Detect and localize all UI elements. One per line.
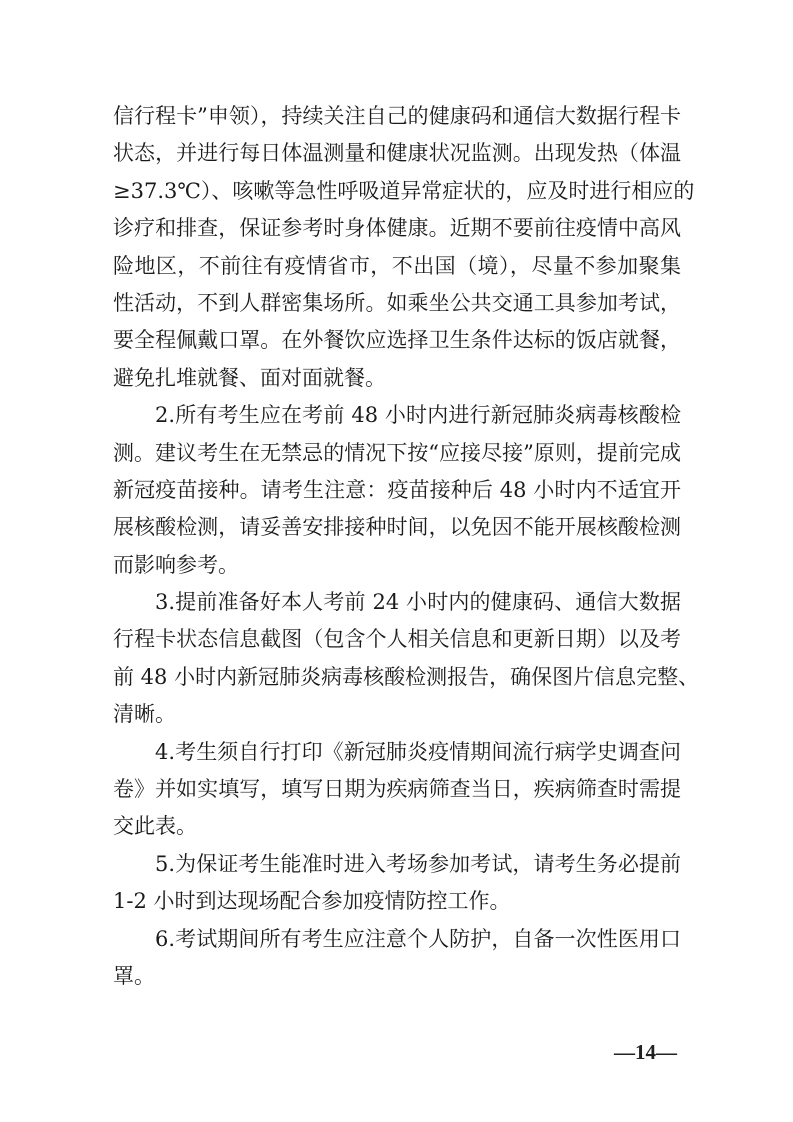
paragraph-item-5: 5.为保证考生能准时进入考场参加考试，请考生务必提前 1-2 小时到达现场配合参… [113,846,681,921]
text-line: 测。建议考生在无禁忌的情况下按“应接尽接”原则，提前完成 [113,435,681,472]
text-line: 卷》并如实填写，填写日期为疾病筛查当日，疾病筛查时需提 [113,771,681,808]
text-line: 避免扎堆就餐、面对面就餐。 [113,360,681,397]
text-line: 5.为保证考生能准时进入考场参加考试，请考生务必提前 [113,846,681,883]
paragraph-item-2: 2.所有考生应在考前 48 小时内进行新冠肺炎病毒核酸检 测。建议考生在无禁忌的… [113,397,681,584]
paragraph-item-6: 6.考试期间所有考生应注意个人防护，自备一次性医用口 罩。 [113,921,681,996]
document-page: 信行程卡”申领），持续关注自己的健康码和通信大数据行程卡 状态，并进行每日体温测… [113,98,681,995]
text-line: 1-2 小时到达现场配合参加疫情防控工作。 [113,883,681,920]
text-line: 性活动，不到人群密集场所。如乘坐公共交通工具参加考试， [113,285,681,322]
text-line: 6.考试期间所有考生应注意个人防护，自备一次性医用口 [113,921,681,958]
text-line: 新冠疫苗接种。请考生注意：疫苗接种后 48 小时内不适宜开 [113,472,681,509]
text-line: 行程卡状态信息截图（包含个人相关信息和更新日期）以及考 [113,621,681,658]
text-line: 要全程佩戴口罩。在外餐饮应选择卫生条件达标的饭店就餐， [113,322,681,359]
text-line: 诊疗和排查，保证参考时身体健康。近期不要前往疫情中高风 [113,210,681,247]
paragraph-item-4: 4.考生须自行打印《新冠肺炎疫情期间流行病学史调查问 卷》并如实填写，填写日期为… [113,734,681,846]
text-line: 前 48 小时内新冠肺炎病毒核酸检测报告，确保图片信息完整、 [113,659,681,696]
text-line: 罩。 [113,958,681,995]
text-line: 交此表。 [113,808,681,845]
text-line: 状态，并进行每日体温测量和健康状况监测。出现发热（体温 [113,135,681,172]
text-line: 清晰。 [113,696,681,733]
text-line: 4.考生须自行打印《新冠肺炎疫情期间流行病学史调查问 [113,734,681,771]
paragraph-item-3: 3.提前准备好本人考前 24 小时内的健康码、通信大数据 行程卡状态信息截图（包… [113,584,681,734]
text-line: 3.提前准备好本人考前 24 小时内的健康码、通信大数据 [113,584,681,621]
paragraph-continuation: 信行程卡”申领），持续关注自己的健康码和通信大数据行程卡 状态，并进行每日体温测… [113,98,681,397]
text-line: 信行程卡”申领），持续关注自己的健康码和通信大数据行程卡 [113,98,681,135]
text-line: ≥37.3℃）、咳嗽等急性呼吸道异常症状的，应及时进行相应的 [113,173,681,210]
text-line: 展核酸检测，请妥善安排接种时间，以免因不能开展核酸检测 [113,509,681,546]
text-line: 而影响参考。 [113,547,681,584]
text-line: 2.所有考生应在考前 48 小时内进行新冠肺炎病毒核酸检 [113,397,681,434]
text-line: 险地区，不前往有疫情省市，不出国（境），尽量不参加聚集 [113,248,681,285]
page-number: —14— [614,1040,677,1065]
